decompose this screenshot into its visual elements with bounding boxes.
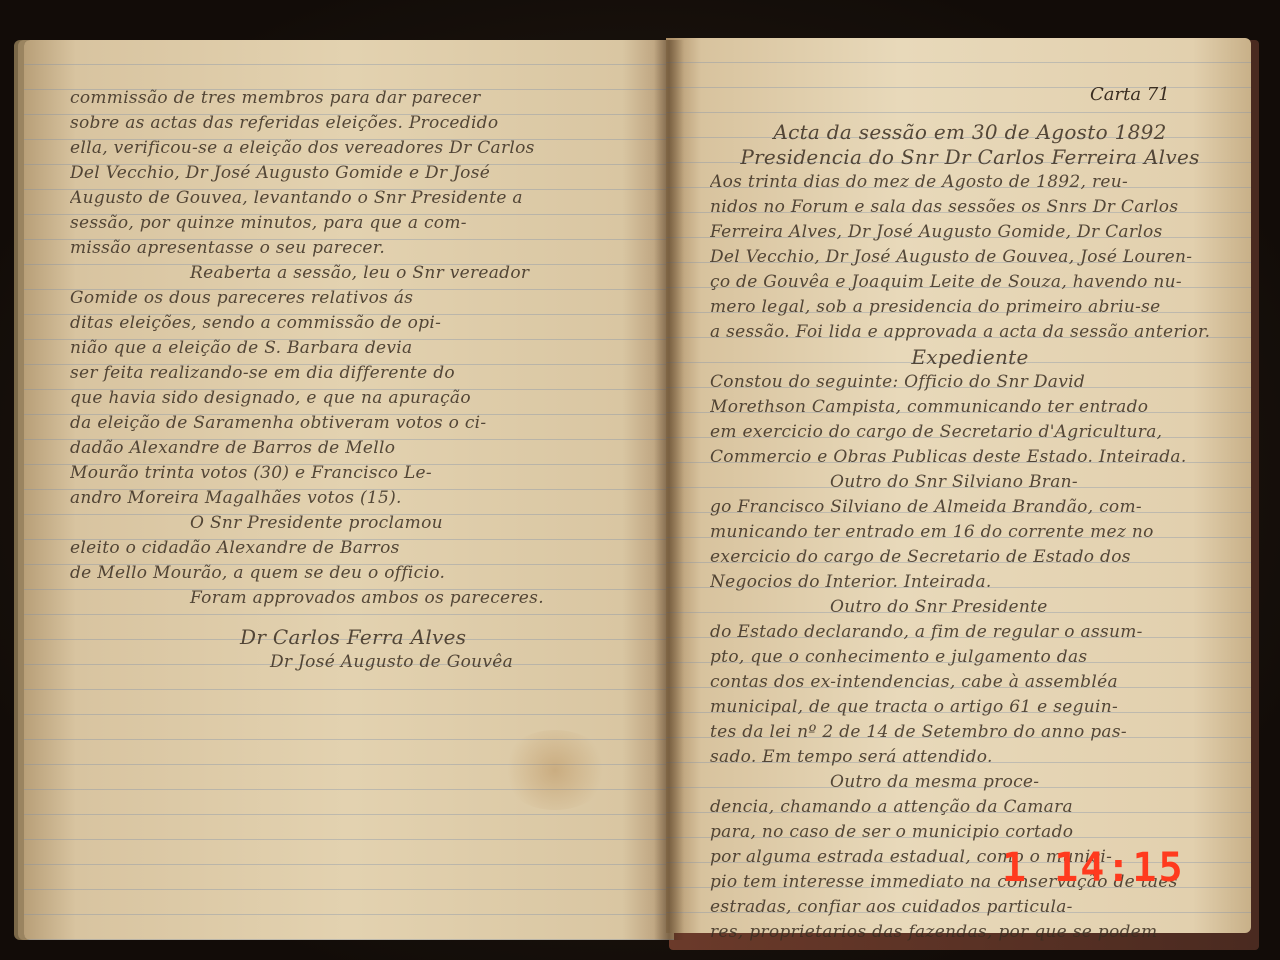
- handwritten-line: Morethson Campista, communicando ter ent…: [710, 395, 1230, 420]
- right-page-text: Acta da sessão em 30 de Agosto 1892 Pres…: [710, 120, 1230, 945]
- signature: Dr José Augusto de Gouvêa: [70, 650, 650, 675]
- handwritten-line: Del Vecchio, Dr José Augusto de Gouvea, …: [710, 245, 1230, 270]
- handwritten-line: da eleição de Saramenha obtiveram votos …: [70, 411, 650, 436]
- handwritten-line: Outro do Snr Presidente: [710, 595, 1230, 620]
- handwritten-line: para, no caso de ser o municipio cortado: [710, 820, 1230, 845]
- minutes-subtitle: Presidencia do Snr Dr Carlos Ferreira Al…: [710, 145, 1230, 170]
- handwritten-line: pto, que o conhecimento e julgamento das: [710, 645, 1230, 670]
- handwritten-line: sessão, por quinze minutos, para que a c…: [70, 211, 650, 236]
- handwritten-line: Mourão trinta votos (30) e Francisco Le-: [70, 461, 650, 486]
- handwritten-line: eleito o cidadão Alexandre de Barros: [70, 536, 650, 561]
- camera-timestamp: 1 14:15: [1002, 845, 1185, 891]
- handwritten-line: do Estado declarando, a fim de regular o…: [710, 620, 1230, 645]
- handwritten-line: missão apresentasse o seu parecer.: [70, 236, 650, 261]
- water-stain: [500, 730, 610, 810]
- handwritten-line: Foram approvados ambos os pareceres.: [70, 586, 650, 611]
- handwritten-line: exercicio do cargo de Secretario de Esta…: [710, 545, 1230, 570]
- handwritten-line: Constou do seguinte: Officio do Snr Davi…: [710, 370, 1230, 395]
- left-page-text: commissão de tres membros para dar parec…: [70, 86, 650, 675]
- book-gutter: [654, 40, 684, 940]
- handwritten-line: estradas, confiar aos cuidados particula…: [710, 895, 1230, 920]
- handwritten-line: ser feita realizando-se em dia different…: [70, 361, 650, 386]
- handwritten-line: Outro do Snr Silviano Bran-: [710, 470, 1230, 495]
- handwritten-line: ço de Gouvêa e Joaquim Leite de Souza, h…: [710, 270, 1230, 295]
- handwritten-line: Del Vecchio, Dr José Augusto Gomide e Dr…: [70, 161, 650, 186]
- handwritten-line: Ferreira Alves, Dr José Augusto Gomide, …: [710, 220, 1230, 245]
- signature: Dr Carlos Ferra Alves: [70, 625, 650, 650]
- handwritten-line: commissão de tres membros para dar parec…: [70, 86, 650, 111]
- handwritten-line: a sessão. Foi lida e approvada a acta da…: [710, 320, 1230, 345]
- handwritten-line: Outro da mesma proce-: [710, 770, 1230, 795]
- folio-number: Carta 71: [1090, 84, 1170, 105]
- handwritten-line: ella, verificou-se a eleição dos vereado…: [70, 136, 650, 161]
- handwritten-line: mero legal, sob a presidencia do primeir…: [710, 295, 1230, 320]
- handwritten-line: Reaberta a sessão, leu o Snr vereador: [70, 261, 650, 286]
- handwritten-line: em exercicio do cargo de Secretario d'Ag…: [710, 420, 1230, 445]
- handwritten-line: que havia sido designado, e que na apura…: [70, 386, 650, 411]
- handwritten-line: O Snr Presidente proclamou: [70, 511, 650, 536]
- handwritten-line: Aos trinta dias do mez de Agosto de 1892…: [710, 170, 1230, 195]
- handwritten-line: contas dos ex-intendencias, cabe à assem…: [710, 670, 1230, 695]
- handwritten-line: nidos no Forum e sala das sessões os Snr…: [710, 195, 1230, 220]
- handwritten-line: res, proprietarios das fazendas, por que…: [710, 920, 1230, 945]
- handwritten-line: go Francisco Silviano de Almeida Brandão…: [710, 495, 1230, 520]
- handwritten-line: Negocios do Interior. Inteirada.: [710, 570, 1230, 595]
- handwritten-line: de Mello Mourão, a quem se deu o officio…: [70, 561, 650, 586]
- handwritten-line: sobre as actas das referidas eleições. P…: [70, 111, 650, 136]
- handwritten-line: sado. Em tempo será attendido.: [710, 745, 1230, 770]
- handwritten-line: Commercio e Obras Publicas deste Estado.…: [710, 445, 1230, 470]
- handwritten-line: ditas eleições, sendo a commissão de opi…: [70, 311, 650, 336]
- handwritten-line: andro Moreira Magalhães votos (15).: [70, 486, 650, 511]
- handwritten-line: Gomide os dous pareceres relativos ás: [70, 286, 650, 311]
- handwritten-line: dencia, chamando a attenção da Camara: [710, 795, 1230, 820]
- handwritten-line: Augusto de Gouvea, levantando o Snr Pres…: [70, 186, 650, 211]
- minutes-title: Acta da sessão em 30 de Agosto 1892: [710, 120, 1230, 145]
- handwritten-line: municipal, de que tracta o artigo 61 e s…: [710, 695, 1230, 720]
- handwritten-line: tes da lei nº 2 de 14 de Setembro do ann…: [710, 720, 1230, 745]
- section-heading: Expediente: [710, 345, 1230, 370]
- handwritten-line: municando ter entrado em 16 do corrente …: [710, 520, 1230, 545]
- handwritten-line: nião que a eleição de S. Barbara devia: [70, 336, 650, 361]
- handwritten-line: dadão Alexandre de Barros de Mello: [70, 436, 650, 461]
